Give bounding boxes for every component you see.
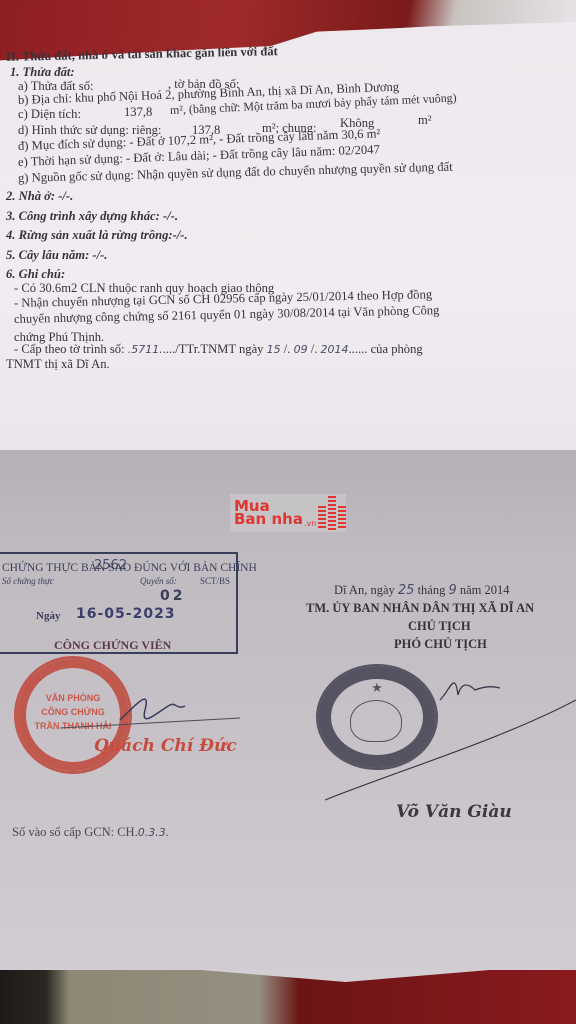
- production-forest-item: 4. Rừng sản xuất là rừng trồng:-/-.: [6, 229, 188, 242]
- submission-tail: ...... của phòng: [349, 342, 423, 356]
- submission-label: - Cấp theo tờ trình số:: [14, 342, 128, 356]
- gcn-label: Số vào sổ cấp GCN: CH.: [12, 825, 138, 839]
- cert-number: 2562: [94, 558, 127, 573]
- submission-number: .5711.: [128, 343, 163, 356]
- issue-year: năm 2014: [460, 583, 510, 597]
- certification-date: 16-05-2023: [76, 606, 176, 622]
- submission-year: 2014: [321, 343, 349, 356]
- area-value: 137,8: [124, 106, 152, 119]
- official-signature: [320, 660, 576, 810]
- watermark-domain: .vn: [304, 519, 316, 528]
- date-label: Ngày: [36, 610, 60, 622]
- gcn-number: 0.3.3.: [138, 826, 170, 839]
- issuing-authority: TM. ỦY BAN NHÂN DÂN THỊ XÃ DĨ AN: [306, 602, 534, 615]
- issue-date: Dĩ An, ngày 25 tháng 9 năm 2014: [334, 584, 510, 597]
- background-bottom: [0, 970, 576, 1024]
- note-line: TNMT thị xã Dĩ An.: [6, 358, 110, 371]
- issue-month-label: tháng: [418, 583, 446, 597]
- signer-name: Võ Văn Giàu: [396, 804, 512, 821]
- house-item: 2. Nhà ở: -/-.: [6, 190, 73, 203]
- area-label: c) Diện tích:: [18, 108, 81, 121]
- book-suffix: SCT/BS: [200, 576, 230, 586]
- other-construction-item: 3. Công trình xây dựng khác: -/-.: [6, 210, 178, 223]
- parcel-heading: 1. Thửa đất:: [10, 66, 75, 79]
- usage-shared-unit: m²: [418, 114, 432, 127]
- watermark-logo: Mua Ban nha .vn: [230, 494, 346, 532]
- issue-day: 25: [398, 583, 415, 598]
- issue-date-prefix: Dĩ An, ngày: [334, 583, 395, 597]
- submission-month: 09: [294, 343, 308, 356]
- position-vice-chairman: PHÓ CHỦ TỊCH: [394, 638, 487, 651]
- position-chairman: CHỦ TỊCH: [408, 620, 471, 633]
- building-icon: [328, 496, 336, 530]
- stamp-title: CHỨNG THỰC BẢN SAO ĐÚNG VỚI BẢN CHÍNH: [2, 562, 257, 574]
- submission-day: 15: [267, 343, 281, 356]
- gcn-entry: Số vào sổ cấp GCN: CH.0.3.3.: [12, 826, 169, 839]
- notary-role: CÔNG CHỨNG VIÊN: [54, 638, 171, 653]
- submission-suffix: ..../TTr.TNMT ngày: [163, 342, 267, 356]
- perennial-trees-item: 5. Cây lâu năm: -/-.: [6, 249, 107, 262]
- notary-name: Quách Chí Đức: [94, 738, 237, 755]
- building-icon: [318, 506, 326, 530]
- building-icon: [338, 506, 346, 530]
- notary-signature: [40, 680, 240, 740]
- issue-month: 9: [448, 583, 456, 598]
- notes-heading: 6. Ghi chú:: [6, 268, 65, 281]
- watermark-line2: Ban nha: [234, 513, 303, 526]
- book-label: Quyển số:: [140, 576, 177, 586]
- certification-stamp: CHỨNG THỰC BẢN SAO ĐÚNG VỚI BẢN CHÍNH Số…: [0, 552, 238, 654]
- book-number: 02: [160, 588, 185, 604]
- submission-line: - Cấp theo tờ trình số: .5711...../TTr.T…: [14, 340, 423, 358]
- cert-number-label: Số chứng thực: [2, 576, 54, 586]
